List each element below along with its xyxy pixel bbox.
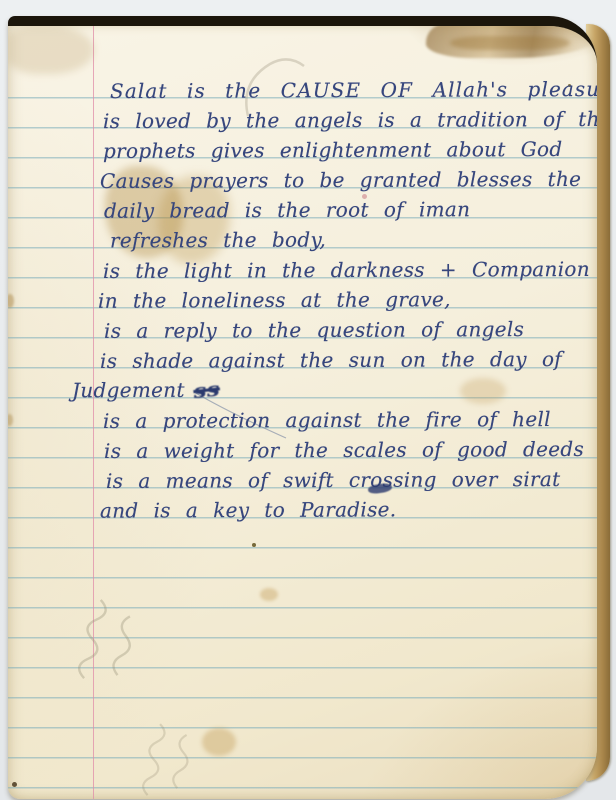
handwriting-text: is a weight for the scales of good deeds (104, 437, 584, 463)
handwriting-text: Judgement (72, 378, 185, 402)
handwriting-line: refreshes the body, (110, 227, 326, 254)
handwriting-text: is loved by the angels is a tradition of… (103, 107, 597, 133)
handwriting-text: is a protection against the fire of hell (103, 407, 551, 433)
crossed-out-scribble: ss (192, 375, 221, 404)
handwriting-line: is shade against the sun on the day of (100, 346, 562, 374)
handwriting-line: and is a key to Paradise. (100, 496, 397, 523)
handwriting-text: prophets gives enlightenment about God (103, 137, 563, 163)
handwriting-text: daily bread is the root of iman (104, 197, 470, 223)
handwriting-line: Judgementss (72, 377, 218, 404)
notebook-page: Salat is the CAUSE OF Allah's pleasure i… (8, 16, 597, 799)
handwriting-line: is a protection against the fire of hell (103, 406, 551, 434)
handwriting-line: daily bread is the root of iman (104, 196, 470, 224)
stain-top-right (426, 24, 597, 58)
handwriting-text: Causes prayers to be granted blesses the (100, 167, 581, 193)
handwriting-line: is a means of swift crossing over sirat (106, 466, 561, 494)
handwriting-text: is a means of swift crossing over sirat (106, 467, 561, 493)
handwriting-line: in the loneliness at the grave, (98, 286, 451, 314)
handwriting-line: is a reply to the question of angels (104, 316, 524, 344)
handwriting-line: is loved by the angels is a tradition of… (103, 106, 597, 134)
handwriting-text: is a reply to the question of angels (104, 317, 524, 343)
handwriting-line: Salat is the CAUSE OF Allah's pleasure (110, 76, 597, 104)
handwriting-text: is shade against the sun on the day of (100, 347, 562, 373)
handwriting-text: in the loneliness at the grave, (98, 287, 451, 313)
handwriting-text: is the light in the darkness + Companion (103, 257, 590, 283)
stain-top-left (8, 26, 94, 74)
handwriting-text: refreshes the body, (110, 228, 326, 253)
handwriting-line: is the light in the darkness + Companion (103, 256, 590, 284)
handwriting-line: prophets gives enlightenment about God (103, 136, 563, 164)
handwriting-line: Causes prayers to be granted blesses the (100, 166, 581, 194)
handwriting-text: Salat is the CAUSE OF Allah's pleasure (110, 77, 597, 103)
notebook-photo: Salat is the CAUSE OF Allah's pleasure i… (0, 0, 616, 800)
ink-speck-corner (12, 782, 17, 787)
show-through-marks (38, 526, 298, 786)
handwriting-text: and is a key to Paradise. (100, 497, 397, 522)
handwriting-line: is a weight for the scales of good deeds (104, 436, 584, 464)
stain-top-right-streak (450, 36, 570, 50)
